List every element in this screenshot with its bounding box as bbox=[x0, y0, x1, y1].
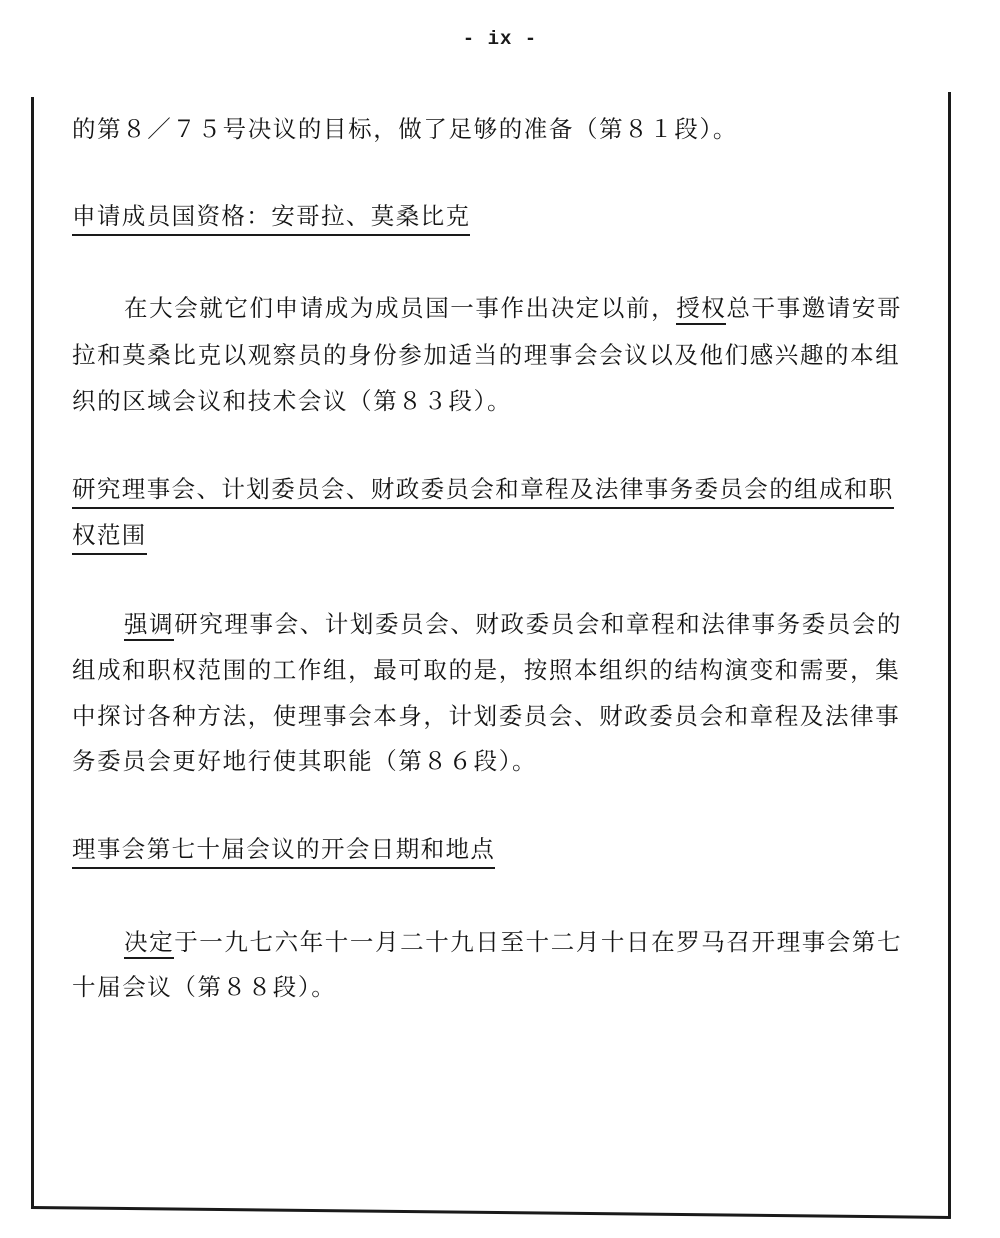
section-heading-committees-cont: 权范围 bbox=[72, 520, 147, 555]
paragraph-line: 务委员会更好地行使其职能（第８６段）。 bbox=[72, 746, 537, 776]
emphasis-verb: 授权 bbox=[676, 294, 726, 325]
paragraph-line: 强调研究理事会、计划委员会、财政委员会和章程和法律事务委员会的 bbox=[124, 609, 902, 639]
section-heading-session70: 理事会第七十届会议的开会日期和地点 bbox=[72, 834, 495, 869]
emphasis-verb: 强调 bbox=[124, 610, 174, 641]
paragraph-line: 中探讨各种方法，使理事会本身，计划委员会、财政委员会和章程及法律事 bbox=[72, 701, 900, 731]
page-border-right bbox=[948, 92, 951, 1218]
section-heading-membership: 申请成员国资格：安哥拉、莫桑比克 bbox=[72, 201, 470, 236]
paragraph-line: 的第８／７５号决议的目标，做了足够的准备（第８１段）。 bbox=[72, 114, 738, 144]
paragraph-text: 总干事邀请安哥 bbox=[726, 294, 902, 322]
paragraph-line: 在大会就它们申请成为成员国一事作出决定以前，授权总干事邀请安哥 bbox=[124, 293, 902, 323]
paragraph-line: 决定于一九七六年十一月二十九日至十二月十日在罗马召开理事会第七 bbox=[124, 927, 902, 957]
paragraph-line: 拉和莫桑比克以观察员的身份参加适当的理事会会议以及他们感兴趣的本组 bbox=[72, 340, 900, 370]
section-heading-committees: 研究理事会、计划委员会、财政委员会和章程及法律事务委员会的组成和职 bbox=[72, 474, 894, 509]
page-border-left bbox=[31, 97, 34, 1209]
emphasis-verb: 决定 bbox=[124, 928, 174, 959]
paragraph-line: 十届会议（第８８段）。 bbox=[72, 972, 336, 1002]
paragraph-line: 组成和职权范围的工作组，最可取的是，按照本组织的结构演变和需要，集 bbox=[72, 655, 900, 685]
page-border-bottom bbox=[31, 1206, 951, 1219]
paragraph-line: 织的区域会议和技术会议（第８３段）。 bbox=[72, 386, 512, 416]
page-number: - ix - bbox=[0, 28, 1000, 50]
paragraph-text: 于一九七六年十一月二十九日至十二月十日在罗马召开理事会第七 bbox=[174, 928, 902, 956]
paragraph-text: 研究理事会、计划委员会、财政委员会和章程和法律事务委员会的 bbox=[174, 610, 902, 638]
paragraph-text: 在大会就它们申请成为成员国一事作出决定以前， bbox=[124, 294, 676, 322]
